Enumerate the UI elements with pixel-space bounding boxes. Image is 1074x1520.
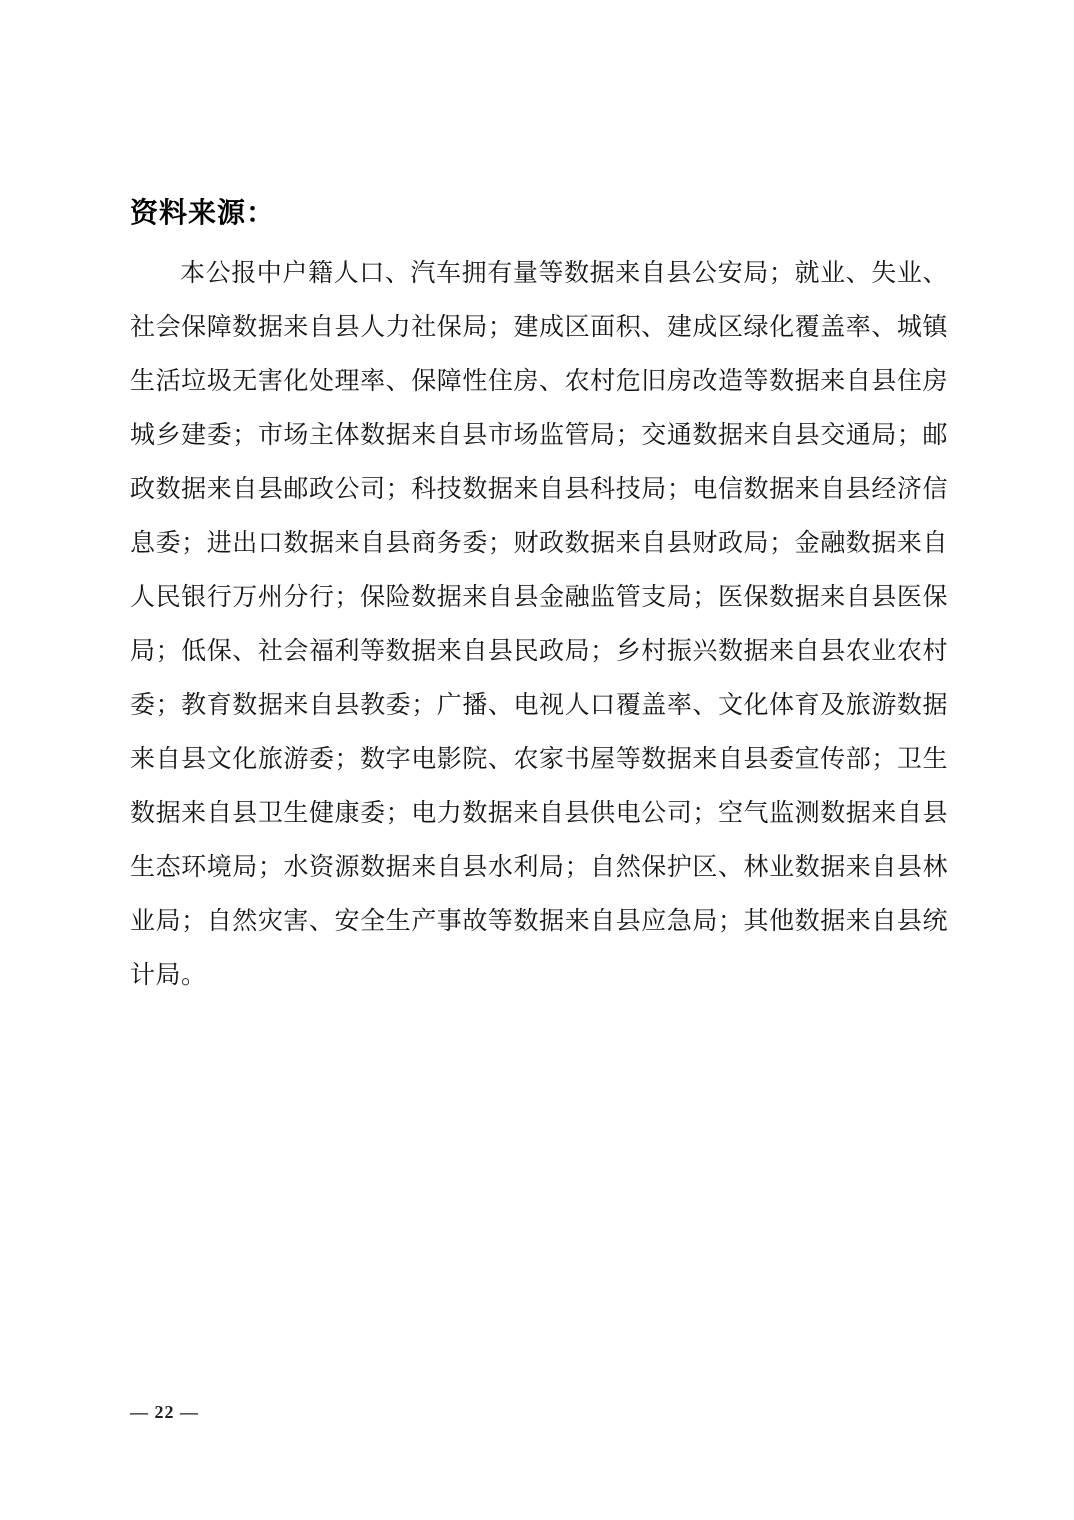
page-content: 资料来源： 本公报中户籍人口、汽车拥有量等数据来自县公安局；就业、失业、 社会保… xyxy=(130,196,948,1003)
text-line: 数据来自县卫生健康委；电力数据来自县供电公司；空气监测数据来自县 xyxy=(130,787,948,841)
page-number: — 22 — xyxy=(130,1399,199,1425)
text-line: 息委；进出口数据来自县商务委；财政数据来自县财政局；金融数据来自 xyxy=(130,517,948,571)
text-line: 城乡建委；市场主体数据来自县市场监管局；交通数据来自县交通局；邮 xyxy=(130,409,948,463)
text-line: 生态环境局；水资源数据来自县水利局；自然保护区、林业数据来自县林 xyxy=(130,841,948,895)
text-line: 本公报中户籍人口、汽车拥有量等数据来自县公安局；就业、失业、 xyxy=(130,247,948,301)
data-sources-paragraph: 本公报中户籍人口、汽车拥有量等数据来自县公安局；就业、失业、 社会保障数据来自县… xyxy=(130,247,948,1003)
text-line: 人民银行万州分行；保险数据来自县金融监管支局；医保数据来自县医保 xyxy=(130,571,948,625)
text-line: 委；教育数据来自县教委；广播、电视人口覆盖率、文化体育及旅游数据 xyxy=(130,679,948,733)
text-line: 社会保障数据来自县人力社保局；建成区面积、建成区绿化覆盖率、城镇 xyxy=(130,301,948,355)
document-page: 资料来源： 本公报中户籍人口、汽车拥有量等数据来自县公安局；就业、失业、 社会保… xyxy=(0,0,1074,1520)
text-line: 业局；自然灾害、安全生产事故等数据来自县应急局；其他数据来自县统 xyxy=(130,895,948,949)
text-line: 生活垃圾无害化处理率、保障性住房、农村危旧房改造等数据来自县住房 xyxy=(130,355,948,409)
section-heading: 资料来源： xyxy=(130,196,948,230)
text-line: 来自县文化旅游委；数字电影院、农家书屋等数据来自县委宣传部；卫生 xyxy=(130,733,948,787)
text-line: 政数据来自县邮政公司；科技数据来自县科技局；电信数据来自县经济信 xyxy=(130,463,948,517)
text-line: 局；低保、社会福利等数据来自县民政局；乡村振兴数据来自县农业农村 xyxy=(130,625,948,679)
text-line: 计局。 xyxy=(130,949,948,1003)
